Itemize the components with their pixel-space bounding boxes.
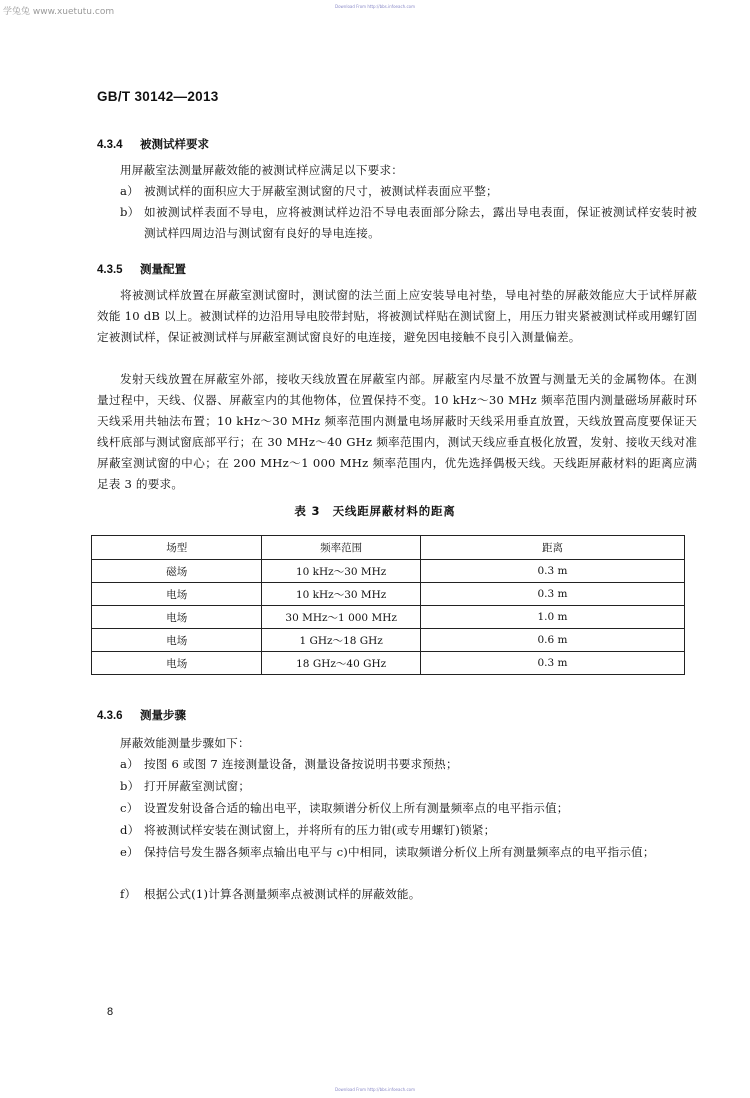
table-header-row: 场型 频率范围 距离 — [92, 536, 685, 560]
list-text: 如被测试样表面不导电，应将被测试样边沿不导电表面部分除去，露出导电表面，保证被测… — [144, 202, 697, 244]
list-label: b） — [120, 202, 144, 223]
cell-frequency-range: 10 kHz～30 MHz — [262, 560, 421, 583]
column-header: 场型 — [92, 536, 262, 560]
cell-field-type: 电场 — [92, 583, 262, 606]
list-label: e） — [120, 842, 144, 863]
table-row: 电场 10 kHz～30 MHz 0.3 m — [92, 583, 685, 606]
section-title: 被测试样要求 — [140, 137, 209, 151]
cell-frequency-range: 10 kHz～30 MHz — [262, 583, 421, 606]
section-number: 4.3.6 — [97, 710, 140, 722]
section-intro: 屏蔽效能测量步骤如下： — [120, 733, 250, 754]
column-header: 距离 — [420, 536, 684, 560]
section-number: 4.3.5 — [97, 264, 140, 276]
column-header: 频率范围 — [262, 536, 421, 560]
table-caption: 表 3 天线距屏蔽材料的距离 — [0, 503, 750, 519]
list-text: 根据公式(1)计算各测量频率点被测试样的屏蔽效能。 — [144, 884, 697, 905]
cell-field-type: 电场 — [92, 606, 262, 629]
table-row: 电场 18 GHz～40 GHz 0.3 m — [92, 652, 685, 675]
section-heading-4-3-6: 4.3.6测量步骤 — [97, 707, 186, 723]
paragraph: 发射天线放置在屏蔽室外部，接收天线放置在屏蔽室内部。屏蔽室内尽量不放置与测量无关… — [97, 369, 697, 495]
cell-distance: 0.3 m — [420, 652, 684, 675]
list-item: b） 如被测试样表面不导电，应将被测试样边沿不导电表面部分除去，露出导电表面，保… — [120, 202, 697, 244]
list-item: b） 打开屏蔽室测试窗； — [120, 776, 697, 797]
cell-distance: 0.3 m — [420, 560, 684, 583]
list-text: 按图 6 或图 7 连接测量设备，测量设备按说明书要求预热； — [144, 754, 697, 775]
list-text: 打开屏蔽室测试窗； — [144, 776, 697, 797]
list-item: a） 被测试样的面积应大于屏蔽室测试窗的尺寸，被测试样表面应平整； — [120, 181, 697, 202]
list-label: c） — [120, 798, 144, 819]
list-text: 将被测试样安装在测试窗上，并将所有的压力钳(或专用螺钉)锁紧； — [144, 820, 697, 841]
paragraph: 将被测试样放置在屏蔽室测试窗时，测试窗的法兰面上应安装导电衬垫，导电衬垫的屏蔽效… — [97, 285, 697, 348]
cell-field-type: 磁场 — [92, 560, 262, 583]
list-label: f） — [120, 884, 144, 905]
list-label: a） — [120, 181, 144, 202]
cell-frequency-range: 1 GHz～18 GHz — [262, 629, 421, 652]
page-number: 8 — [107, 1006, 113, 1018]
list-item: c） 设置发射设备合适的输出电平，读取频谱分析仪上所有测量频率点的电平指示值； — [120, 798, 697, 819]
cell-distance: 1.0 m — [420, 606, 684, 629]
list-item: d） 将被测试样安装在测试窗上，并将所有的压力钳(或专用螺钉)锁紧； — [120, 820, 697, 841]
list-item: a） 按图 6 或图 7 连接测量设备，测量设备按说明书要求预热； — [120, 754, 697, 775]
cell-frequency-range: 30 MHz～1 000 MHz — [262, 606, 421, 629]
standard-code: GB/T 30142—2013 — [97, 89, 219, 104]
section-number: 4.3.4 — [97, 139, 140, 151]
list-item: f） 根据公式(1)计算各测量频率点被测试样的屏蔽效能。 — [120, 884, 697, 905]
watermark-download-bottom: Download From http://bbs.infoeach.com — [0, 1087, 750, 1092]
list-text: 保持信号发生器各频率点输出电平与 c)中相同，读取频谱分析仪上所有测量频率点的电… — [144, 842, 697, 863]
section-heading-4-3-4: 4.3.4被测试样要求 — [97, 136, 209, 152]
section-title: 测量配置 — [140, 262, 186, 276]
section-title: 测量步骤 — [140, 708, 186, 722]
table-row: 磁场 10 kHz～30 MHz 0.3 m — [92, 560, 685, 583]
table-row: 电场 1 GHz～18 GHz 0.6 m — [92, 629, 685, 652]
list-item: e） 保持信号发生器各频率点输出电平与 c)中相同，读取频谱分析仪上所有测量频率… — [120, 842, 697, 863]
distance-table: 场型 频率范围 距离 磁场 10 kHz～30 MHz 0.3 m 电场 10 … — [91, 535, 685, 675]
cell-distance: 0.6 m — [420, 629, 684, 652]
list-text: 被测试样的面积应大于屏蔽室测试窗的尺寸，被测试样表面应平整； — [144, 181, 697, 202]
table-row: 电场 30 MHz～1 000 MHz 1.0 m — [92, 606, 685, 629]
list-label: d） — [120, 820, 144, 841]
cell-frequency-range: 18 GHz～40 GHz — [262, 652, 421, 675]
section-intro: 用屏蔽室法测量屏蔽效能的被测试样应满足以下要求： — [120, 160, 403, 181]
watermark-download-top: Download From http://bbs.infoeach.com — [0, 4, 750, 9]
cell-distance: 0.3 m — [420, 583, 684, 606]
list-label: b） — [120, 776, 144, 797]
cell-field-type: 电场 — [92, 629, 262, 652]
list-label: a） — [120, 754, 144, 775]
list-text: 设置发射设备合适的输出电平，读取频谱分析仪上所有测量频率点的电平指示值； — [144, 798, 697, 819]
section-heading-4-3-5: 4.3.5测量配置 — [97, 261, 186, 277]
cell-field-type: 电场 — [92, 652, 262, 675]
